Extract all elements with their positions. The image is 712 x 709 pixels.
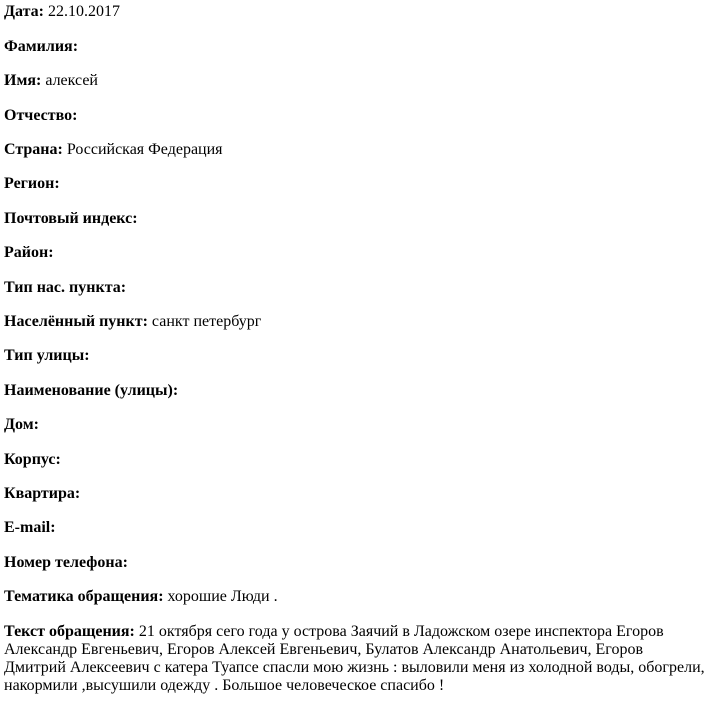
field-label: Дата: (4, 3, 44, 20)
field-settlement-type: Тип нас. пункта: (4, 279, 708, 297)
field-building: Корпус: (4, 451, 708, 469)
field-label: Страна: (4, 141, 63, 158)
field-region: Регион: (4, 175, 708, 193)
field-label: Тип улицы: (4, 347, 90, 364)
field-value: алексей (41, 72, 98, 89)
field-label: Тип нас. пункта: (4, 279, 126, 296)
field-label: Район: (4, 244, 54, 261)
field-country: Страна: Российская Федерация (4, 141, 708, 159)
field-label: Текст обращения: (4, 623, 135, 640)
field-value: 22.10.2017 (44, 3, 120, 20)
field-street-type: Тип улицы: (4, 347, 708, 365)
field-label: Наименование (улицы): (4, 382, 178, 399)
field-label: Почтовый индекс: (4, 210, 138, 227)
field-settlement: Населённый пункт: санкт петербург (4, 313, 708, 331)
field-postal-code: Почтовый индекс: (4, 210, 708, 228)
field-label: E-mail: (4, 519, 56, 536)
field-label: Фамилия: (4, 38, 78, 55)
field-label: Имя: (4, 72, 41, 89)
field-patronymic: Отчество: (4, 107, 708, 125)
field-label: Квартира: (4, 485, 80, 502)
field-street-name: Наименование (улицы): (4, 382, 708, 400)
field-district: Район: (4, 244, 708, 262)
field-subject: Тематика обращения: хорошие Люди . (4, 588, 708, 606)
field-phone: Номер телефона: (4, 554, 708, 572)
field-house: Дом: (4, 416, 708, 434)
field-date: Дата: 22.10.2017 (4, 3, 708, 21)
field-value: санкт петербург (148, 313, 261, 330)
field-apartment: Квартира: (4, 485, 708, 503)
field-email: E-mail: (4, 519, 708, 537)
field-label: Населённый пункт: (4, 313, 148, 330)
field-first-name: Имя: алексей (4, 72, 708, 90)
field-value: хорошие Люди . (164, 588, 278, 605)
field-label: Корпус: (4, 451, 61, 468)
field-label: Отчество: (4, 107, 77, 124)
field-surname: Фамилия: (4, 38, 708, 56)
field-label: Дом: (4, 416, 39, 433)
field-label: Тематика обращения: (4, 588, 164, 605)
field-label: Номер телефона: (4, 554, 128, 571)
field-message: Текст обращения: 21 октября сего года у … (4, 623, 708, 695)
field-label: Регион: (4, 175, 60, 192)
field-value: Российская Федерация (63, 141, 223, 158)
